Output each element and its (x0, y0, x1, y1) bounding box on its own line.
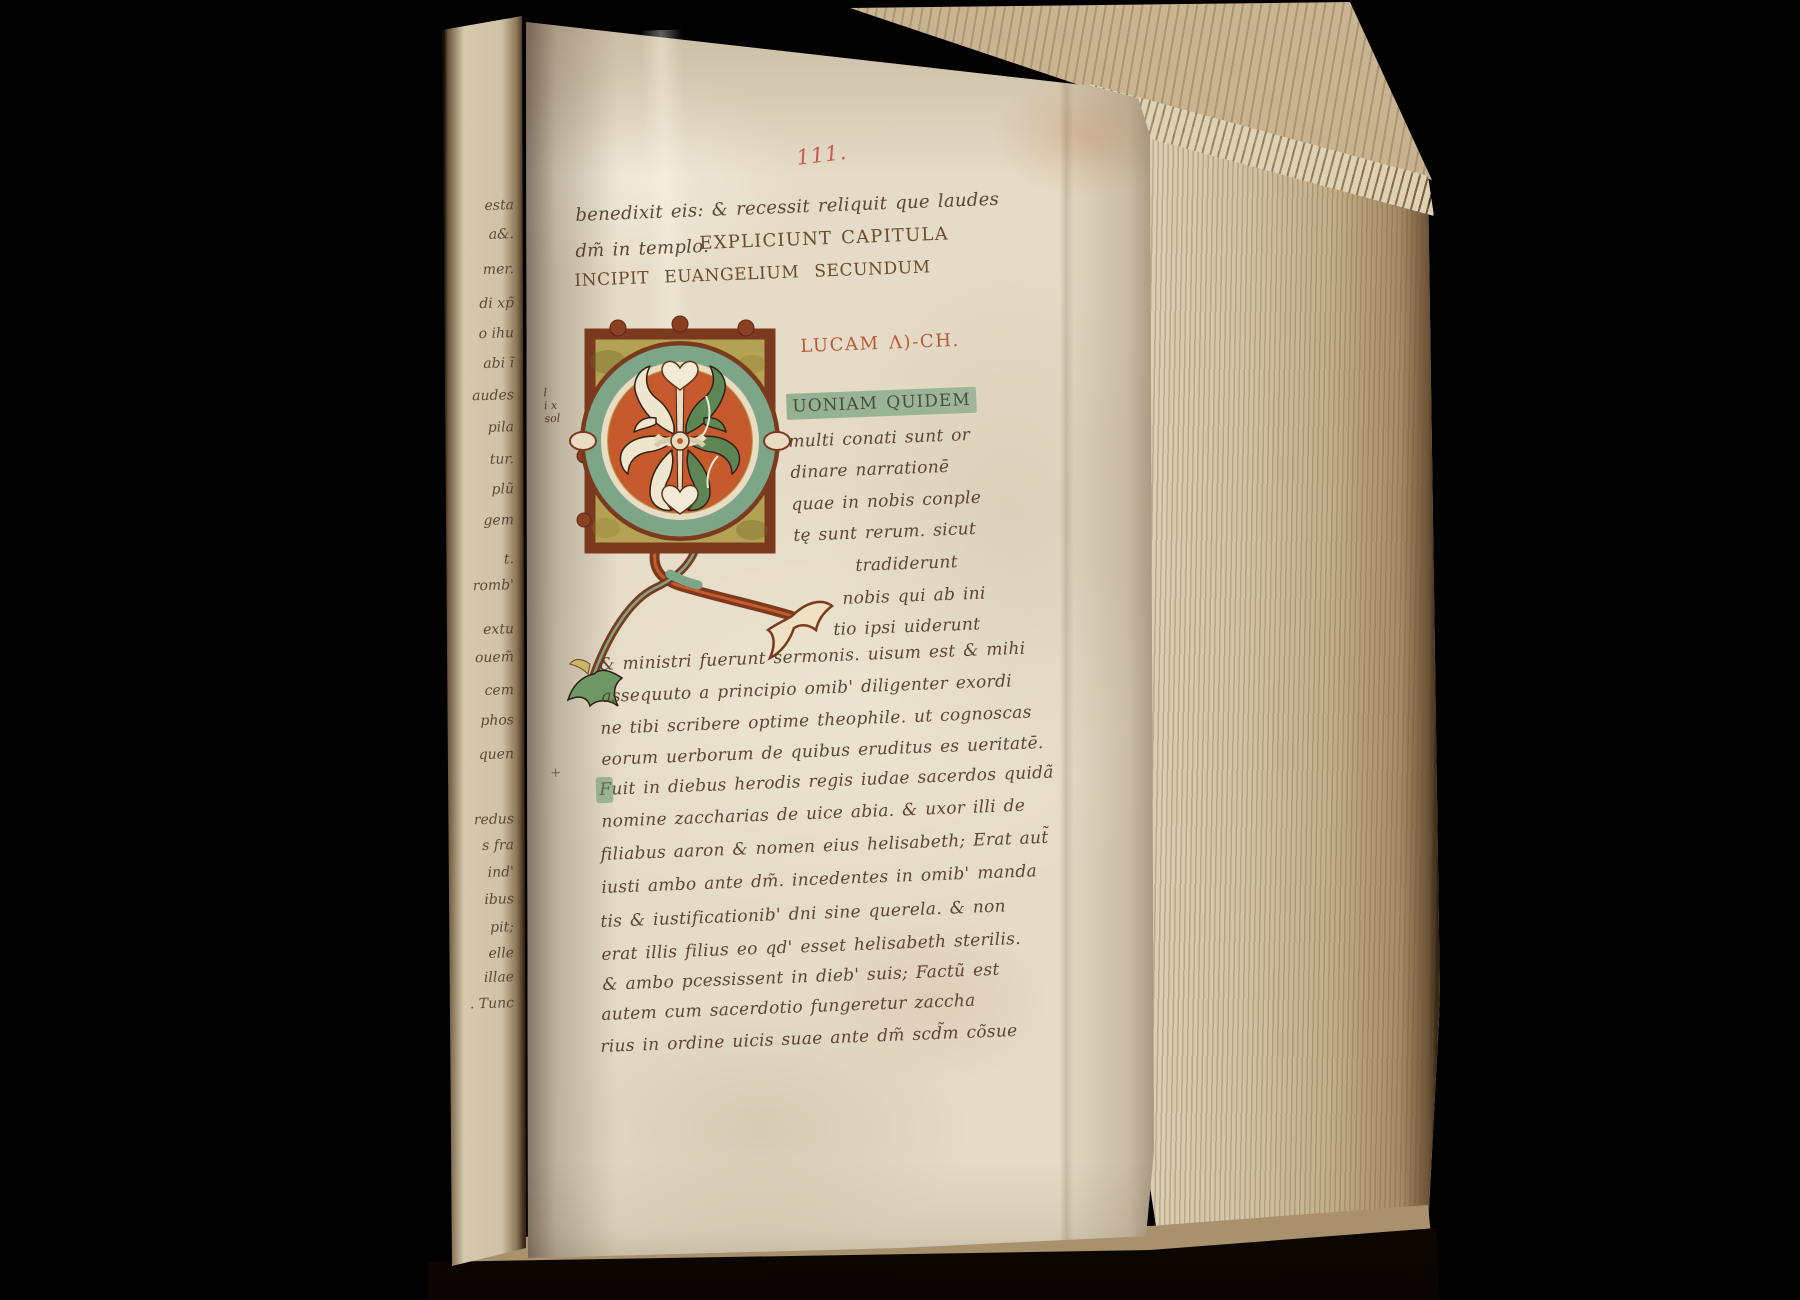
facing-page-text-fragment: ind' (452, 864, 514, 882)
facing-page-text-fragment: elle (452, 945, 514, 963)
facing-page-text-fragment: illae (452, 969, 514, 987)
facing-page-text-fragment: di xp̃ (452, 295, 514, 313)
facing-page-text-fragment: quen (452, 746, 514, 764)
facing-page-text-fragment: ouem̃ (452, 649, 514, 667)
facing-page-text-fragment: ibus (452, 891, 514, 909)
facing-page-text-fragment: pila (452, 419, 514, 437)
green-wash-initial-f (596, 777, 614, 804)
facing-page-text-fragment: plũ (452, 481, 514, 499)
facing-page-text-fragment: extu (452, 621, 514, 639)
facing-page-text-fragment: cem (452, 682, 514, 700)
facing-page-text-fragment: pit; (452, 919, 514, 937)
facing-page-text-fragment: esta (452, 197, 514, 215)
facing-page-text-fragment: romb' (452, 577, 514, 595)
facing-page-text-fragment: gem (452, 512, 514, 530)
facing-page-text-fragment: o ihu (452, 325, 514, 343)
facing-page-text-fragment: redus (452, 811, 514, 829)
facing-page-text-fragment: a&. (452, 226, 514, 244)
facing-page-text-fragment: audes (452, 387, 514, 405)
facing-page-text-fragment: s fra (452, 837, 514, 855)
facing-page-text-fragment: t. (452, 551, 514, 569)
facing-page-text-fragment: phos (452, 712, 514, 730)
facing-page-text-fragment: tur. (452, 451, 514, 469)
facing-page-text-fragment: abi ĩ (452, 355, 514, 373)
marginal-gloss: l i x sol (543, 386, 560, 426)
text-line: tradiderunt (855, 552, 958, 576)
facing-page-text-fragment: . Tunc (452, 995, 514, 1013)
manuscript-photo: esta a&. mer. di xp̃ o ihu abi ĩ audes p… (0, 0, 1800, 1300)
margin-mark: + (550, 766, 562, 781)
facing-page-text-fragment: mer. (452, 261, 514, 279)
